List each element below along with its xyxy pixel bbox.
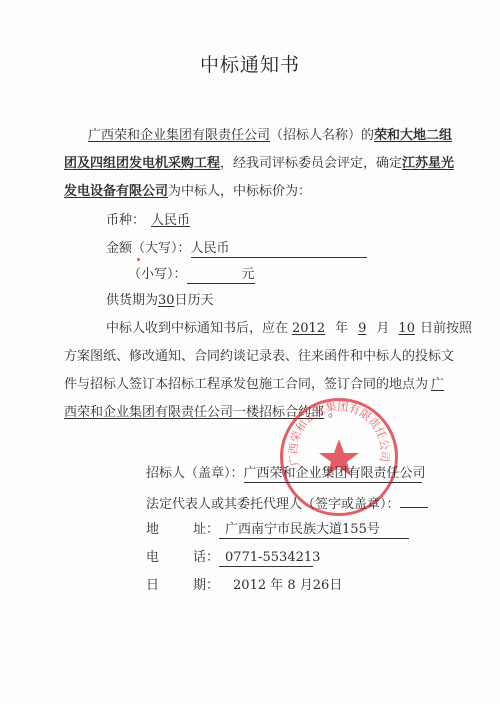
project-name-part1: 荣和大地二组: [374, 128, 452, 143]
tenderer-seal-row: 招标人（盖章）：广西荣和企业集团有限责任公司: [146, 466, 422, 483]
para1-line1: 广西荣和企业集团有限责任公司（招标人名称）的荣和大地二组: [88, 128, 452, 144]
address-value: 广西南宁市民族大道155号: [225, 522, 380, 537]
deadline-year: 2012: [288, 321, 331, 336]
date-label-a: 日: [146, 578, 159, 593]
document-title: 中标通知书: [0, 50, 500, 77]
tenderer-seal-value: 广西荣和企业集团有限责任公司: [244, 466, 426, 481]
month-unit: 月: [372, 321, 393, 336]
delivery-days: 30: [158, 293, 175, 308]
winner-name-part1: 江苏星光: [402, 156, 454, 171]
para1-line2: 团及四组团发电机采购工程，经我司评标委员会评定，确定江苏星光: [64, 156, 454, 172]
currency-value: 人民币: [145, 213, 194, 228]
date-label-b: 期：: [193, 578, 219, 593]
tenderer-name: 广西荣和企业集团有限责任公司: [88, 128, 270, 143]
currency-row: 币种：人民币: [106, 213, 194, 229]
phone-label-b: 话：: [193, 550, 219, 565]
representative-row: 法定代表人或其委托代理人（签字或盖章）：: [146, 494, 428, 513]
address-label-a: 地: [146, 522, 159, 537]
para2-prefix: 中标人收到中标通知书后，应在: [106, 321, 288, 336]
representative-label: 法定代表人或其委托代理人（签字或盖章）：: [146, 497, 400, 512]
project-name-part2: 团及四组团发电机采购工程: [64, 156, 220, 171]
para2-line3-text: 件与招标人签订本招标工程承发包施工合同，签订合同的地点为: [64, 377, 428, 392]
para1-mid-text: ，经我司评标委员会评定，确定: [220, 156, 402, 171]
ink-dot: [137, 258, 140, 261]
amount-upper-row: 金额（大写）：人民币: [106, 241, 367, 258]
para2-suffix: 日前按照: [420, 321, 472, 336]
date-value: 2012 年 8 月26日: [219, 578, 342, 593]
document-page: 中标通知书 广西荣和企业集团有限责任公司（招标人名称）的荣和大地二组 团及四组团…: [0, 0, 500, 704]
amount-upper-label: 金额（大写）：: [106, 241, 191, 256]
tenderer-note: （招标人名称）的: [270, 128, 374, 143]
para1-end-text: 为中标人，中标标价为：: [168, 184, 311, 199]
currency-label: 币种：: [106, 213, 145, 228]
para2-line3: 件与招标人签订本招标工程承发包施工合同，签订合同的地点为广: [64, 377, 444, 393]
para2-line2: 方案图纸、修改通知、合同约谈记录表、往来函件和中标人的投标文: [64, 349, 454, 365]
delivery-prefix: 供货期为: [106, 293, 158, 308]
phone-row: 电话：0771-5534213: [146, 550, 313, 567]
representative-blank: [400, 494, 428, 508]
amount-lower-row: （小写）：元: [128, 267, 255, 284]
amount-lower-unit: 元: [242, 267, 255, 282]
phone-value: 0771-5534213: [225, 550, 320, 565]
para2-line1: 中标人收到中标通知书后，应在2012年9月10日前按照: [106, 321, 472, 337]
deadline-day: 10: [393, 321, 420, 336]
amount-lower-label: （小写）：: [128, 267, 187, 282]
delivery-row: 供货期为30日历天: [106, 293, 214, 309]
para1-line3: 发电设备有限公司为中标人，中标标价为：: [64, 184, 311, 200]
winner-name-part2: 发电设备有限公司: [64, 184, 168, 199]
address-row: 地址：广西南宁市民族大道155号: [146, 522, 409, 539]
year-unit: 年: [331, 321, 352, 336]
amount-upper-value: 人民币: [191, 241, 230, 256]
contract-place-part1: 广: [428, 377, 444, 392]
phone-label-a: 电: [146, 550, 159, 565]
delivery-suffix: 日历天: [175, 293, 214, 308]
address-label-b: 址：: [193, 522, 219, 537]
tenderer-seal-label: 招标人（盖章）：: [146, 466, 244, 481]
date-row: 日期：2012 年 8 月26日: [146, 578, 342, 594]
deadline-month: 9: [352, 321, 372, 336]
